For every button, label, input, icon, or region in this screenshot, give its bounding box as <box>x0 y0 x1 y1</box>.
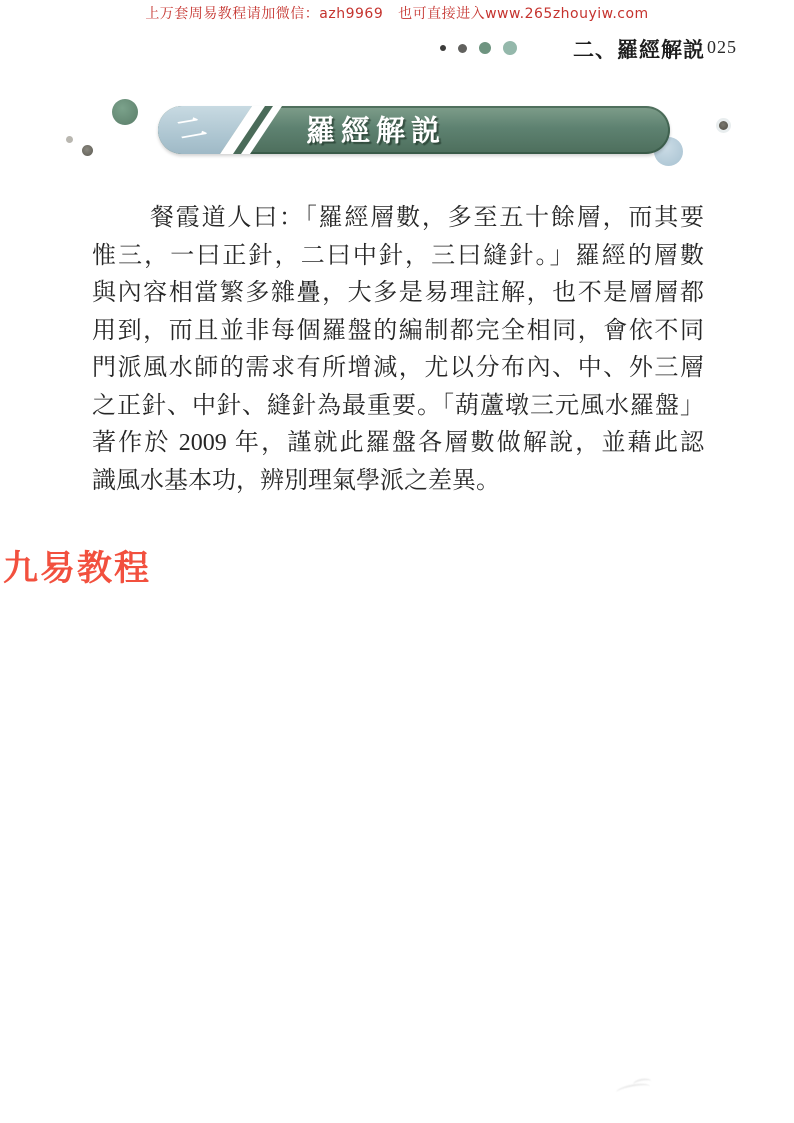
body-text-line: 之正針、中針、縫針為最重要。「葫蘆墩三元風水羅盤」 <box>92 388 704 426</box>
header-dot-3-icon <box>479 42 491 54</box>
page-number: 025 <box>707 37 737 58</box>
header-dots <box>440 38 540 58</box>
header-dot-1-icon <box>440 45 446 51</box>
decor-green-circle <box>112 99 138 125</box>
body-text-line: 識風水基本功，辨別理氣學派之差異。 <box>92 463 704 501</box>
top-promo-line: 上万套周易教程请加微信：azh9969 也可直接进入www.265zhouyiw… <box>0 3 794 23</box>
body-text-line: 與內容相當繁多雜疊，大多是易理註解，也不是層層都 <box>92 275 704 313</box>
site-watermark: 九易教程 <box>3 541 151 591</box>
body-text-line: 餐霞道人曰：「羅經層數，多至五十餘層，而其要 <box>92 200 704 238</box>
chapter-title: 羅經解説 <box>306 109 446 150</box>
header-dot-2-icon <box>458 44 467 53</box>
book-page: 上万套周易教程请加微信：azh9969 也可直接进入www.265zhouyiw… <box>0 0 794 1123</box>
body-paragraph: 餐霞道人曰：「羅經層數，多至五十餘層，而其要 惟三，一曰正針，二曰中針，三曰縫針… <box>92 200 704 500</box>
running-header-title: 二、羅經解説 <box>573 34 705 64</box>
body-text-line: 惟三，一曰正針，二曰中針，三曰縫針。」羅經的層數 <box>92 238 704 276</box>
header-dot-4-icon <box>503 41 517 55</box>
body-text-line: 門派風水師的需求有所增減，尤以分布內、中、外三層 <box>92 350 704 388</box>
chapter-title-banner: 二 羅經解説 <box>158 106 670 154</box>
faint-smudge <box>607 1075 664 1100</box>
decor-right-dot <box>719 121 728 130</box>
body-text-line: 用到，而且並非每個羅盤的編制都完全相同，會依不同 <box>92 313 704 351</box>
decor-gray-dot-medium <box>82 145 93 156</box>
decor-gray-dot-small <box>66 136 73 143</box>
body-text-line: 著作於 2009 年，謹就此羅盤各層數做解說，並藉此認 <box>92 425 704 463</box>
